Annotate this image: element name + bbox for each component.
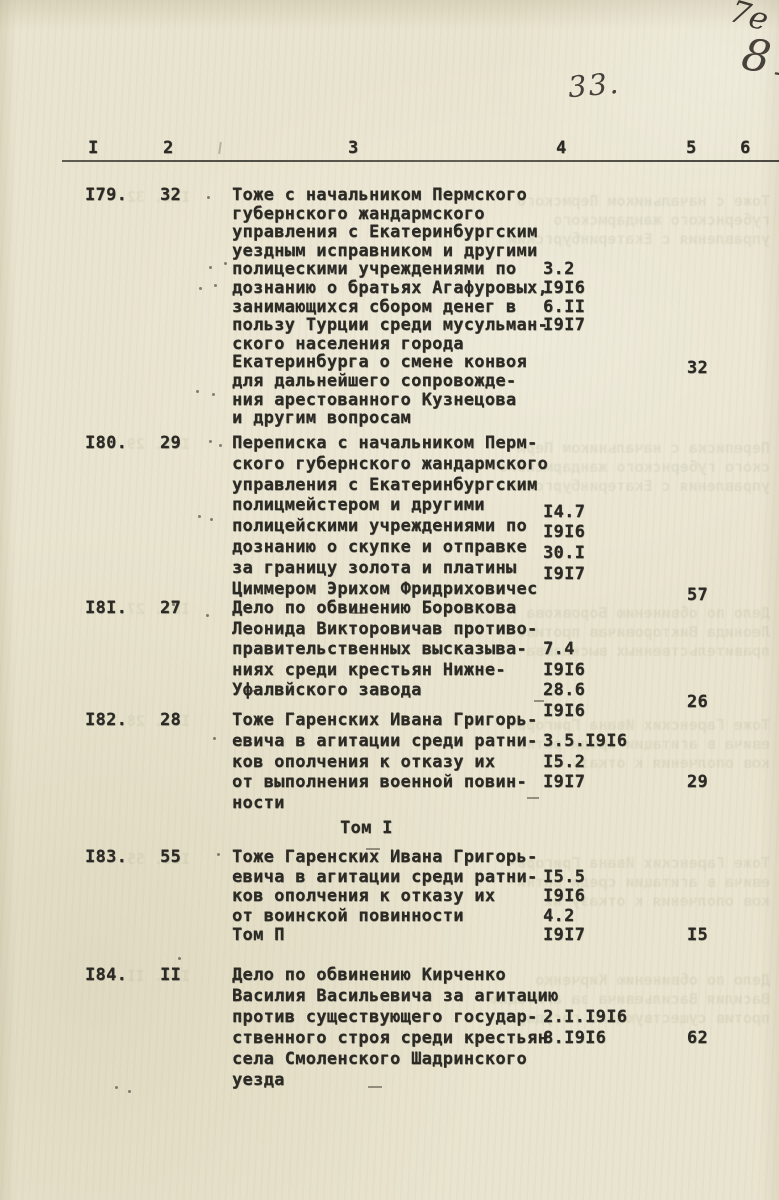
entry-dates: I5.5 I9I6 4.2 I9I7 — [543, 868, 585, 946]
entry-pages: 29 — [656, 772, 708, 793]
stray-dot — [210, 518, 213, 521]
entry-old-number: II — [160, 965, 181, 986]
entry-description: Тоже с начальником Пермского губернского… — [232, 186, 548, 428]
stray-dot — [115, 1086, 118, 1089]
entry-pages: 62 — [656, 1028, 708, 1049]
stray-dot — [219, 444, 222, 447]
pencil-dash — [527, 797, 539, 799]
stray-dot — [214, 284, 217, 287]
column-header-6: 6 — [740, 138, 751, 158]
stray-dot — [212, 393, 215, 396]
stray-dot — [172, 603, 175, 606]
entry-number: I82. — [85, 710, 127, 731]
entry-pages: 32 — [656, 359, 708, 378]
entry-description: Дело по обвинению Кирченко Василия Васил… — [232, 965, 559, 1091]
pencil-tick-mark — [218, 142, 222, 154]
document-page: Тоже с начальником Пермского губернского… — [0, 0, 779, 1200]
pencil-dash — [366, 848, 380, 850]
entry-old-number: 29 — [160, 433, 181, 454]
entry-pages: 57 — [656, 585, 708, 606]
entry-old-number: 55 — [160, 848, 181, 868]
pencil-dash — [245, 690, 257, 692]
stray-dot — [209, 266, 212, 269]
stray-dot — [196, 390, 199, 393]
column-header-3: 3 — [348, 138, 359, 158]
column-header-4: 4 — [556, 138, 567, 158]
entry-number: I79. — [85, 186, 127, 205]
handwritten-page-number: 33. — [567, 66, 622, 104]
section-heading-volume-1: Том I — [340, 818, 393, 838]
handwritten-corner-number: 81 — [738, 29, 779, 90]
stray-dot — [206, 614, 209, 617]
entry-description: Тоже Гаренских Ивана Григорь- евича в аг… — [232, 848, 538, 946]
entry-dates: 7.4 I9I6 28.6 I9I6 — [543, 639, 585, 721]
entry-old-number: 32 — [160, 186, 181, 205]
header-rule — [62, 160, 779, 162]
entry-pages: 26 — [656, 692, 708, 713]
entry-dates: 3.5.I9I6 I5.2 I9I7 — [543, 731, 627, 793]
stray-dot — [198, 515, 201, 518]
pencil-dash — [534, 700, 544, 702]
entry-description: Тоже Гаренских Ивана Григорь- евича в аг… — [232, 710, 538, 814]
stray-dot — [178, 957, 181, 960]
stray-dot — [199, 287, 202, 290]
entry-dates: 2.I.I9I6 8.I9I6 — [543, 1007, 627, 1049]
stray-dot — [217, 853, 220, 856]
entry-description: Дело по обвинению Боровкова Леонида Викт… — [232, 598, 538, 701]
stray-dot — [546, 641, 549, 644]
entry-number: I83. — [85, 848, 127, 868]
entry-old-number: 27 — [160, 598, 181, 619]
stray-dot — [213, 737, 216, 740]
entry-number: I84. — [85, 965, 127, 986]
entry-dates: 3.2 I9I6 6.II I9I7 — [543, 260, 585, 334]
entry-pages: I5 — [656, 926, 708, 946]
stray-dot — [224, 262, 227, 265]
entry-old-number: 28 — [160, 710, 181, 731]
pencil-dash — [368, 1086, 382, 1088]
column-header-5: 5 — [686, 138, 697, 158]
entry-dates: I4.7 I9I6 30.I I9I7 — [543, 502, 585, 585]
stray-dot — [207, 196, 210, 199]
pencil-dash — [352, 612, 366, 614]
entry-number: I8I. — [85, 598, 127, 619]
column-header-1: I — [88, 138, 99, 158]
stray-dot — [128, 1090, 131, 1093]
entry-description: Переписка с начальником Перм- ского губе… — [232, 433, 548, 599]
column-header-2: 2 — [163, 138, 174, 158]
stray-dot — [209, 440, 212, 443]
entry-number: I80. — [85, 433, 127, 454]
